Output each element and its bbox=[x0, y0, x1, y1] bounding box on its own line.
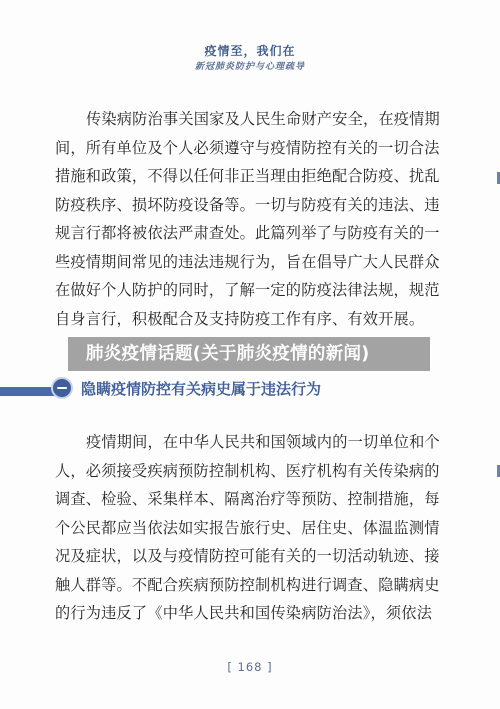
section-accent-bar bbox=[0, 387, 58, 396]
book-subtitle: 新冠肺炎防护与心理疏导 bbox=[0, 60, 500, 74]
paragraph-line: 措施和政策，不得以任何非正当理由拒绝配合防疫、扰乱 bbox=[55, 162, 447, 191]
paragraph-line: 防疫秩序、损坏防疫设备等。一切与防疫有关的违法、违 bbox=[55, 191, 447, 220]
paragraph-line: 触人群等。不配合疾病预防控制机构进行调查、隐瞒病史 bbox=[55, 571, 447, 600]
number-one-icon bbox=[57, 387, 67, 389]
page-number: [ 168 ] bbox=[0, 660, 500, 674]
book-running-header: 疫情至，我们在 新冠肺炎防护与心理疏导 bbox=[0, 43, 500, 74]
paragraph-line: 疫情期间，在中华人民共和国领域内的一切单位和个 bbox=[55, 428, 447, 457]
section-paragraph: 疫情期间，在中华人民共和国领域内的一切单位和个 人，必须接受疾病预防控制机构、医… bbox=[55, 428, 447, 628]
paragraph-line: 个公民都应当依法如实报告旅行史、居住史、体温监测情 bbox=[55, 514, 447, 543]
paragraph-line: 规言行都将被依法严肃查处。此篇列举了与防疫有关的一 bbox=[55, 219, 447, 248]
paragraph-line: 的行为违反了《中华人民共和国传染病防治法》，须依法 bbox=[55, 599, 447, 628]
paragraph-line: 些疫情期间常见的违法违规行为，旨在倡导广大人民群众 bbox=[55, 248, 447, 277]
intro-paragraph: 传染病防治事关国家及人民生命财产安全，在疫情期 间，所有单位及个人必须遵守与疫情… bbox=[55, 105, 447, 333]
section-heading: 隐瞒疫情防控有关病史属于违法行为 bbox=[0, 375, 500, 405]
paragraph-line: 在做好个人防护的同时，了解一定的防疫法律法规，规范 bbox=[55, 276, 447, 305]
book-page: 疫情至，我们在 新冠肺炎防护与心理疏导 传染病防治事关国家及人民生命财产安全，在… bbox=[0, 0, 500, 709]
paragraph-line: 人，必须接受疾病预防控制机构、医疗机构有关传染病的 bbox=[55, 457, 447, 486]
paragraph-line: 调查、检验、采集样本、隔离治疗等预防、控制措施，每 bbox=[55, 485, 447, 514]
paragraph-line: 传染病防治事关国家及人民生命财产安全，在疫情期 bbox=[55, 105, 447, 134]
section-number-badge bbox=[51, 377, 73, 399]
paragraph-line: 间，所有单位及个人必须遵守与疫情防控有关的一切合法 bbox=[55, 134, 447, 163]
book-title: 疫情至，我们在 bbox=[0, 43, 500, 59]
paragraph-line: 况及症状，以及与疫情防控可能有关的一切活动轨迹、接 bbox=[55, 542, 447, 571]
paragraph-line: 自身言行，积极配合及支持防疫工作有序、有效开展。 bbox=[55, 305, 447, 334]
section-title: 隐瞒疫情防控有关病史属于违法行为 bbox=[81, 377, 321, 401]
overlay-title-banner: 肺炎疫情话题(关于肺炎疫情的新闻) bbox=[68, 337, 430, 371]
